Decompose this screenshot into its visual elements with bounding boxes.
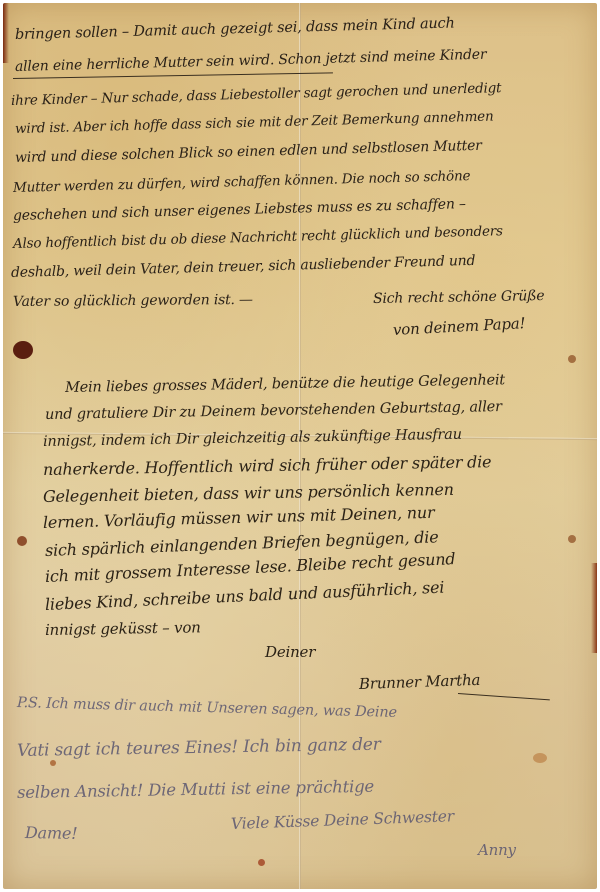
postscript-signature: Anny <box>478 841 516 859</box>
postscript-closing: Viele Küsse Deine Schwester <box>231 807 455 833</box>
rust-spot <box>568 355 576 363</box>
signature: von deinem Papa! <box>393 314 526 339</box>
letter-line: innigst, indem ich Dir gleichzeitig als … <box>43 427 462 450</box>
rust-spot <box>568 535 576 543</box>
letter-line: Mein liebes grosses Mäderl, benütze die … <box>65 372 505 396</box>
rust-spot <box>258 859 265 866</box>
ink-stain <box>13 341 33 359</box>
signature: Brunner Martha <box>359 671 481 693</box>
rust-spot <box>17 536 27 546</box>
letter-line: geschehen und sich unser eigenes Liebste… <box>13 196 466 224</box>
letter-line: wird und diese solchen Blick so einen ed… <box>15 138 482 166</box>
letter-line: deshalb, weil dein Vater, dein treuer, s… <box>11 253 476 281</box>
letter-line: Also hoffentlich bist du ob diese Nachri… <box>13 223 503 252</box>
letter-page: bringen sollen – Damit auch gezeigt sei,… <box>3 3 597 889</box>
letter-line: Gelegenheit bieten, dass wir uns persönl… <box>43 480 454 506</box>
letter-line: Vater so glücklich geworden ist. — <box>13 292 253 310</box>
postscript-line: Dame! <box>25 823 78 843</box>
letter-line: wird ist. Aber ich hoffe dass sich sie m… <box>15 108 494 137</box>
edge-stain <box>591 563 597 653</box>
signature-underline <box>458 693 550 700</box>
letter-line: naherkerde. Hoffentlich wird sich früher… <box>43 452 492 479</box>
postscript-line: Vati sagt ich teures Eines! Ich bin ganz… <box>17 735 381 761</box>
letter-line: und gratuliere Dir zu Deinem bevorstehen… <box>45 399 502 423</box>
postscript-line: selben Ansicht! Die Mutti ist eine präch… <box>17 777 374 802</box>
torn-edge-stain <box>3 3 9 63</box>
closing-line: Deiner <box>265 643 315 661</box>
vertical-fold-crease <box>299 3 301 889</box>
letter-line: innigst geküsst – von <box>45 618 201 639</box>
letter-line: allen eine herrliche Mutter sein wird. S… <box>15 47 487 75</box>
letter-line: Mutter werden zu dürfen, wird schaffen k… <box>13 168 471 196</box>
letter-line: lernen. Vorläufig müssen wir uns mit Dei… <box>43 503 435 532</box>
closing-line: Sich recht schöne Grüße <box>373 288 545 307</box>
postscript-line: P.S. Ich muss dir auch mit Unseren sagen… <box>17 695 397 721</box>
letter-line: ihre Kinder – Nur schade, dass Liebestol… <box>11 80 502 109</box>
letter-line: bringen sollen – Damit auch gezeigt sei,… <box>15 15 455 43</box>
rust-spot <box>533 753 547 763</box>
rust-spot <box>50 760 56 766</box>
